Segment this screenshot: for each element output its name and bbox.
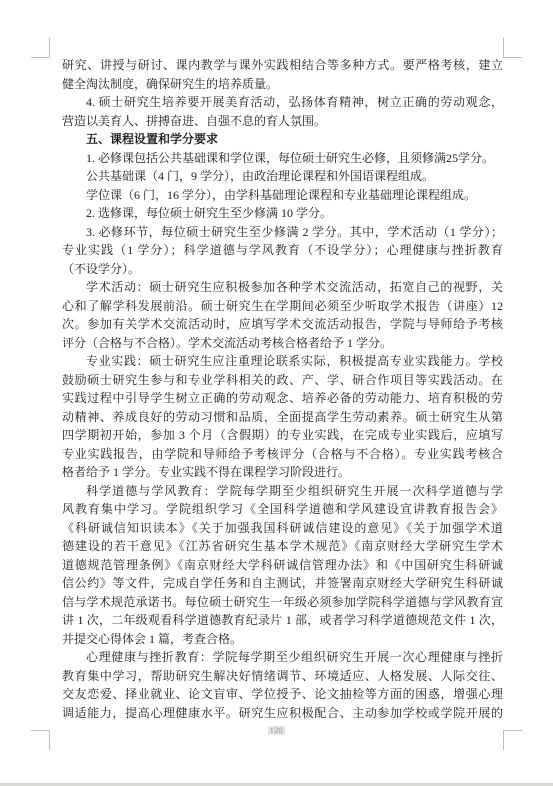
text-line: 格者给予 1 学分。专业实践不得在课程学习阶段进行。 bbox=[62, 463, 503, 482]
paragraph: 1. 必修课包括公共基础课和学位课，每位硕士研究生必修，且须修满25学分。 bbox=[62, 149, 503, 168]
text-line: 信与学术规范承诺书。每位硕士研究生一年级必须参加学院科学道德与学风教育宣 bbox=[62, 593, 503, 612]
paragraph: 公共基础课（4 门，9 学分），由政治理论课程和外国语课程组成。 bbox=[62, 167, 503, 186]
text-boundary-mark-top-right bbox=[503, 38, 522, 58]
text-line: 评分（合格与不合格）。学术交流活动考核合格者给予 1 学分。 bbox=[62, 334, 503, 353]
text-line: 3. 必修环节，每位硕士研究生至少修满 2 学分。其中，学术活动（1 学分）； bbox=[62, 223, 503, 242]
paragraph: 4. 硕士研究生培养要开展美育活动，弘扬体育精神，树立正确的劳动观念，营造以美育… bbox=[62, 93, 503, 130]
text-line: 鼓励硕士研究生参与和专业学科相关的政、产、学、研合作项目等实践活动。在 bbox=[62, 371, 503, 390]
paragraph: 学位课（6 门，16 学分），由学科基础理论课程和专业基础理论课程组成。 bbox=[62, 186, 503, 205]
text-line: 健全淘汰制度，确保研究生的培养质量。 bbox=[62, 75, 503, 94]
section-heading: 五、课程设置和学分要求 bbox=[62, 130, 503, 149]
text-line: 风教育集中学习。学院组织学习《全国科学道德和学风建设宣讲教育报告会》 bbox=[62, 500, 503, 519]
paragraph: 心理健康与挫折教育：学院每学期至少组织研究生开展一次心理健康与挫折教育集中学习，… bbox=[62, 648, 503, 722]
text-line: 调适能力，提高心理健康水平。研究生应积极配合、主动参加学校或学院开展的 bbox=[62, 704, 503, 723]
text-line: 道德规范管理条例》《南京财经大学科研诚信管理办法》和《中国研究生科研诚 bbox=[62, 556, 503, 575]
text-line: 1. 必修课包括公共基础课和学位课，每位硕士研究生必修，且须修满25学分。 bbox=[62, 149, 503, 168]
text-line: 专业实践报告，由学院和导师给予考核评分（合格与不合格）。专业实践考核合 bbox=[62, 445, 503, 464]
text-line: 4. 硕士研究生培养要开展美育活动，弘扬体育精神，树立正确的劳动观念， bbox=[62, 93, 503, 112]
text-line: 动精神、养成良好的劳动习惯和品质，全面提高学生劳动素养。硕士研究生从第 bbox=[62, 408, 503, 427]
text-line: 《科研诚信知识读本》《关于加强我国科研诚信建设的意见》《关于加强学术道 bbox=[62, 519, 503, 538]
text-line: 专业实践（1 学分）；科学道德与学风教育（不设学分）；心理健康与挫折教育 bbox=[62, 241, 503, 260]
document-page: 研究、讲授与研讨、课内教学与课外实践相结合等多种方式。要严格考核，建立健全淘汰制… bbox=[0, 0, 553, 786]
text-line: 学位课（6 门，16 学分），由学科基础理论课程和专业基础理论课程组成。 bbox=[62, 186, 503, 205]
text-line: 信公约》等文件，完成自学任务和自主测试，并签署南京财经大学研究生科研诚 bbox=[62, 574, 503, 593]
paragraph: 科学道德与学风教育：学院每学期至少组织研究生开展一次科学道德与学风教育集中学习。… bbox=[62, 482, 503, 649]
text-line: 学术活动：硕士研究生应积极参加各种学术交流活动，拓宽自己的视野，关 bbox=[62, 278, 503, 297]
paragraph: 2. 选修课，每位硕士研究生至少修满 10 学分。 bbox=[62, 204, 503, 223]
paragraph: 专业实践：硕士研究生应注重理论联系实际，积极提高专业实践能力。学校鼓励硕士研究生… bbox=[62, 352, 503, 482]
text-line: 专业实践：硕士研究生应注重理论联系实际，积极提高专业实践能力。学校 bbox=[62, 352, 503, 371]
text-line: 营造以美育人、拼搏奋进、自强不息的育人氛围。 bbox=[62, 112, 503, 131]
paragraph: 3. 必修环节，每位硕士研究生至少修满 2 学分。其中，学术活动（1 学分）；专… bbox=[62, 223, 503, 279]
text-line: 研究、讲授与研讨、课内教学与课外实践相结合等多种方式。要严格考核，建立 bbox=[62, 56, 503, 75]
paragraph: 研究、讲授与研讨、课内教学与课外实践相结合等多种方式。要严格考核，建立健全淘汰制… bbox=[62, 56, 503, 93]
text-line: 次。参加有关学术交流活动时，应填写学术交流活动报告，学院与导师给予考核 bbox=[62, 315, 503, 334]
text-line: 德建设的若干意见》《江苏省研究生基本学术规范》《南京财经大学研究生学术 bbox=[62, 537, 503, 556]
document-body: 研究、讲授与研讨、课内教学与课外实践相结合等多种方式。要严格考核，建立健全淘汰制… bbox=[62, 56, 503, 722]
text-line: 讲 1 次，二年级观看科学道德教育纪录片 1 部，或者学习科学道德规范文件 1 … bbox=[62, 611, 503, 630]
heading-line: 五、课程设置和学分要求 bbox=[62, 130, 503, 149]
paragraph: 学术活动：硕士研究生应积极参加各种学术交流活动，拓宽自己的视野，关心和了解学科发… bbox=[62, 278, 503, 352]
text-line: 公共基础课（4 门，9 学分），由政治理论课程和外国语课程组成。 bbox=[62, 167, 503, 186]
text-line: （不设学分）。 bbox=[62, 260, 503, 279]
page-footer: 128 bbox=[0, 725, 553, 737]
text-line: 交友恋爱、择业就业、论文盲审、学位授予、论文抽检等方面的困惑，增强心理 bbox=[62, 685, 503, 704]
text-line: 心理健康与挫折教育：学院每学期至少组织研究生开展一次心理健康与挫折 bbox=[62, 648, 503, 667]
text-line: 四学期初开始，参加 3 个月（含假期）的专业实践，在完成专业实践后，应填写 bbox=[62, 426, 503, 445]
text-line: 教育集中学习，帮助研究生解决好情绪调节、环境适应、人格发展、人际交往、 bbox=[62, 667, 503, 686]
text-line: 心和了解学科发展前沿。硕士研究生在学期间必须至少听取学术报告（讲座）12 bbox=[62, 297, 503, 316]
text-line: 并提交心得体会 1 篇，考查合格。 bbox=[62, 630, 503, 649]
page-number-field: 128 bbox=[268, 726, 286, 735]
text-line: 实践过程中引导学生树立正确的劳动观念、培养必备的劳动能力、培育积极的劳 bbox=[62, 389, 503, 408]
text-boundary-mark-top-left bbox=[31, 38, 50, 58]
text-line: 科学道德与学风教育：学院每学期至少组织研究生开展一次科学道德与学 bbox=[62, 482, 503, 501]
text-line: 2. 选修课，每位硕士研究生至少修满 10 学分。 bbox=[62, 204, 503, 223]
